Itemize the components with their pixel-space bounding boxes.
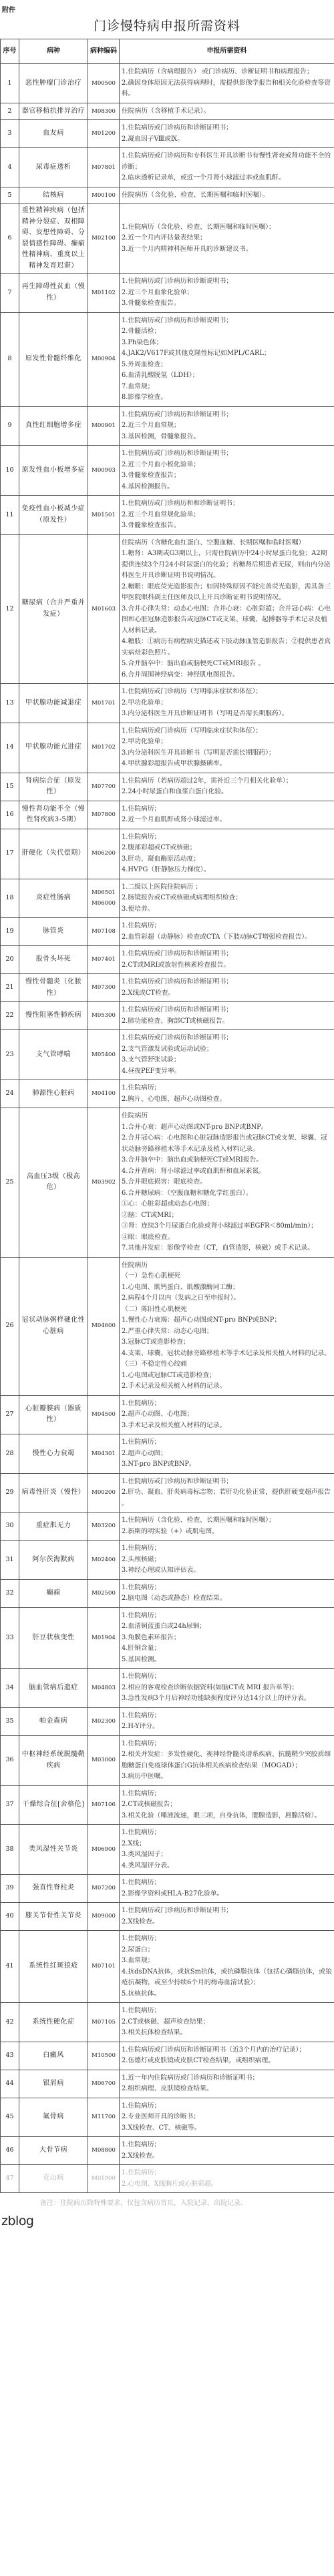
material-line: 2.新斯的明实验（+）或肌电图。 [122,1527,332,1538]
material-line: 3.近一个月内精神科医师开具的诊断建议书。 [122,244,332,256]
table-row: 34脑血管病后遗症M048031.住院病历；2.相应的客观检查诊断依据资料(如脑… [1,1669,334,1708]
material-line: 住院病历 [122,1111,332,1122]
cell-materials: 1.住院病历或门诊病历和诊断说明书；2.近三个月血象化验单；3.骨髓象检查报告。 [120,274,334,313]
material-line: 3.血常规； [122,1956,332,1967]
material-line: 3.基因检测，骨髓象报告。 [122,432,332,443]
material-line: 3.类风湿因子； [122,1849,332,1861]
material-line: 5.外周血检查； [122,360,332,371]
material-line: 3.相关化验（唾液流速，眼三项，自身抗体，腮腺造影，唇腺活检）。 [122,1811,332,1822]
cell-code: M01702 [88,723,120,773]
table-row: 13甲状腺功能减退症M017011.住院病历或门诊病历（写明临床症状和体征）；2… [1,684,334,723]
cell-materials: 1.住院病历（含病理报告） 或门诊病历、诊断证明书和病理报告；2.确因身体原因无… [120,64,334,103]
cell-disease: 支气管哮喘 [19,1030,88,1080]
cell-code: M00200 [88,1473,120,1513]
material-line: 2.骨髓活检； [122,326,332,338]
cell-disease: 干燥综合征[舍格伦] [19,1785,88,1825]
cell-code: M02500 [88,1579,120,1607]
cell-index: 30 [1,1513,19,1541]
cell-materials: 1.住院病历；2.超声心动图、心电图；3.手术记录及相关植入材料的记录。 [120,1395,334,1434]
cell-materials: 1.住院病历或门诊病历和诊断证明书；2.支气管激发试验或运动试验；3.支气管舒张… [120,1030,334,1080]
material-line: 住院病历（含糖化血红蛋白、空腹血糖、长期医嘱和临时医嘱） [122,538,332,549]
material-line: 3.骨髓象检查报告； [122,470,332,482]
cell-code: M01701 [88,684,120,723]
material-line: 4.糖肢：①病历有病程病史描述或下肢动脉血管造影报告；②提供患者真实病灶彩色照片… [122,636,332,659]
cell-index: 28 [1,1434,19,1474]
material-line: 3.急性发病3个月后神经功能缺损程度评分达14分以上的评分表。 [122,1693,332,1705]
cell-disease: 系统性硬化症 [19,2003,88,2042]
cell-materials: 1.住院病历；2.心电图、X线胸片或心脏彩超。 [120,2165,334,2193]
cell-index: 20 [1,946,19,974]
cell-disease: 脑血管病后遗症 [19,1669,88,1708]
cell-code: M11700 [88,2098,120,2137]
material-line: 4.HVPG（肝静脉压力梯度）。 [122,865,332,876]
cell-disease: 肾病综合征（原发性） [19,773,88,801]
table-row: 26冠状动脉粥样硬化性心脏病M04600住院病历（一）急性心肌梗死1.心电图、肌… [1,1257,334,1395]
cell-index: 15 [1,773,19,801]
material-line: 1.住院病历； [122,1739,332,1750]
material-line: 1.住院病历； [122,832,332,843]
material-line: 2.24小时尿蛋白和血浆白蛋白化验。 [122,787,332,798]
material-line: 2.超声心动图、心电图； [122,1409,332,1420]
cell-disease: 尿毒症透析 [19,148,88,187]
material-line: 2.相关并发症：多发性硬化、视神经脊髓炎谱系疾病、抗髓鞘少突胶质细胞糖蛋白免疫球… [122,1749,332,1771]
cell-disease: 肝豆状核变性 [19,1607,88,1669]
material-line: 2.近三个月血小板化验单； [122,460,332,471]
table-row: 3血友病M012001.住院病历或门诊病历和诊断证明书；2.凝血因子Ⅷ或Ⅸ。 [1,120,334,148]
material-line: 2.临床透析记录单，或近一个月肾小球滤过率或血肌酐。 [122,173,332,184]
material-line: 2.凝血因子Ⅷ或Ⅸ。 [122,134,332,145]
cell-code: M07300 [88,974,120,1002]
cell-index: 47 [1,2165,19,2193]
table-row: 4尿毒症透析M078011.住院病历或门诊病历和专科医生开具诊断书有慢性肾衰或肾… [1,148,334,187]
material-line: 1.住院病历； [122,1827,332,1839]
table-row: 21慢性骨髓炎（化脓性）M073001.住院病历或门诊病历和诊断证明书；2.X线… [1,974,334,1002]
table-row: 33肝豆状核变性M019041.住院病历；2.血清铜蓝蛋白或24h尿铜；3.角膜… [1,1607,334,1669]
cell-disease: 原发性血小板增多症 [19,446,88,496]
material-line: 2.肝功、凝血、肝炎病毒标志物；若肝功化验正常，提供肝硬变超声报告 。 [122,1487,332,1509]
material-line: 6.合并周围神经病变：神经肌电图报告。 [122,670,332,681]
material-line: 1.近一年内住院病历或门诊病历和诊断证明书； [122,2073,332,2084]
cell-materials: 1.住院病历或门诊病历和诊断说明书；2.骨髓活检；3.Ph染色体；4.JAK2/… [120,312,334,406]
material-line: 1.心电图、肌钙蛋白、肌酸激酶同工酶； [122,1282,332,1294]
material-line: 7.其他并发症：影像学检查（CT，血管造影，核磁）或手术记录。 [122,1243,332,1254]
material-line: 3.NT-pro BNP或BNP。 [122,1459,332,1470]
cell-materials: 1.住院病历（含化验、检查、长期医嘱和临时医嘱）；2.近一个月内评估量表结果；3… [120,204,334,274]
cell-code: M07200 [88,1875,120,1903]
table-row: 15肾病综合征（原发性）M077001.住院病历（若病历超过2年，需补近三个月相… [1,773,334,801]
cell-index: 17 [1,829,19,879]
cell-index: 23 [1,1030,19,1080]
cell-disease: 癫痫 [19,1579,88,1607]
material-line: 1.住院病历（含病理报告） 或门诊病历、诊断证明书和病理报告； [122,67,332,78]
cell-materials: 1.住院病历；2.头颅核磁；3.神经心理或认知评估表。 [120,1541,334,1580]
cell-index: 35 [1,1707,19,1735]
material-line: ③肾：连续3个月尿蛋白化验或肾小球滤过率EGFR＜80ml/min）； [122,1221,332,1232]
cell-materials: 1.住院病历或门诊病历和诊断证明书；2.X线检查。 [120,1903,334,1931]
cell-index: 39 [1,1875,19,1903]
material-line: 1.住院病历或门诊病历和诊断证明书； [122,448,332,460]
material-line: 2.超声心动图； [122,1448,332,1460]
cell-code: M00903 [88,446,120,496]
cell-materials: 1.住院病历；2.CT或核磁报告；3.相关化验（唾液流速，眼三项，自身抗体，腮腺… [120,1785,334,1825]
material-line: 3.相关抗体检查结果。 [122,2028,332,2039]
material-line: 6.血清乳酸脱氢（LDH）； [122,370,332,382]
material-line: 3.冠脉CT或造影检查； [122,1337,332,1348]
cell-code: M01603 [88,534,120,684]
material-line: 2.组织病理、皮肤镜检查结果。 [122,2084,332,2095]
material-line: 4.基因检测报告。 [122,482,332,493]
material-line: 1.住院病历（含化验、检查、长期医嘱和临时医嘱）； [122,1515,332,1527]
material-line: 1.住院病历； [122,1789,332,1800]
material-line: 1.住院病历； [122,1437,332,1448]
cell-materials: 1.住院病历或门诊病历和诊断证明书；2.肺功能检查、胸部CT或核磁报告。 [120,1002,334,1030]
cell-materials: 1.住院病历；2.CT或核磁、超声检查结果；3.相关抗体检查结果。 [120,2003,334,2042]
cell-index: 7 [1,274,19,313]
table-row: 11免疫性血小板减少症（原发性）M015011.住院病历或门诊病历和和诊断证明书… [1,496,334,535]
material-line: 1.住院病历或门诊病历和诊断证明书； [122,410,332,421]
table-row: 47克山病M019001.住院病历；2.心电图、X线胸片或心脏彩超。 [1,2165,334,2193]
cell-code: M01900 [88,2165,120,2193]
material-line: 1.住院病历； [122,1083,332,1094]
material-line: 4.类风湿评分表。 [122,1861,332,1872]
cell-index: 38 [1,1825,19,1875]
cell-code: M04803 [88,1669,120,1708]
table-row: 30重症肌无力M032001.住院病历（含化验、检查、长期医嘱和临时医嘱）；2.… [1,1513,334,1541]
cell-disease: 白癜风 [19,2042,88,2070]
cell-code: M07105 [88,2003,120,2042]
cell-disease: 慢性骨髓炎（化脓性） [19,974,88,1002]
cell-disease: 克山病 [19,2165,88,2193]
material-line: 2.合并冠心病：心电图和心脏冠脉造影报告或冠脉CT或支架、球囊、冠状动脉旁路移植… [122,1133,332,1155]
cell-materials: 1.住院病历或门诊病历和诊断证明书；2.X线或CT检查。 [120,974,334,1002]
material-line: 1.住院病历； [122,1711,332,1722]
table-row: 1恶性肿瘤门诊治疗M005001.住院病历（含病理报告） 或门诊病历、诊断证明书… [1,64,334,103]
cell-index: 36 [1,1735,19,1785]
material-line: 2.H-Y评分。 [122,1721,332,1733]
cell-index: 24 [1,1080,19,1108]
cell-disease: 帕金森病 [19,1707,88,1735]
material-line: 住院病历 [122,1260,332,1272]
material-line: 2.血管彩超（动静脉）检查或CTA（下肢动脉CT增强检查报告）。 [122,932,332,943]
material-line: 4.JAK2/V617F或其他克隆性标记如MPL/CARL； [122,348,332,360]
cell-disease: 氟骨病 [19,2098,88,2137]
table-row: 10原发性血小板增多症M009031.住院病历或门诊病历和诊断证明书；2.近三个… [1,446,334,496]
header-disease: 病种 [19,39,88,64]
cell-disease: 血友病 [19,120,88,148]
material-line: 3.支气管舒张试验； [122,1055,332,1066]
cell-materials: 1.住院病历；2.相应的客观检查诊断依据资料(如脑CT或 MRI 报告单等)；3… [120,1669,334,1708]
material-line: 3.内分泌科医生开具诊断书（写明是否需长期服药）； [122,748,332,759]
cell-materials: 1.住院病历；2.X线；3.类风湿因子；4.类风湿评分表。 [120,1825,334,1875]
material-line: 1.住院病历或门诊病历和诊断证明书； [122,1476,332,1488]
document-page: 附件 门诊慢特病申报所需资料 序号 病种 病种编码 申报所需资料 1恶性肿瘤门诊… [0,0,334,2234]
material-line: 2.手术记录及相关植入材料的记录。 [122,1381,332,1392]
cell-code: M02100 [88,204,120,274]
table-row: 2器官移植抗排异治疗M08300住院病历（含移植手术记录）。 [1,103,334,120]
material-line: 1.住院病历或门诊病历和诊断证明书； [122,949,332,960]
cell-disease: 重性精神疾病（包括精神分裂症、双相障碍、妄想性障碍、分裂情感性障碍、癫痫性精神病… [19,204,88,274]
material-line: 2.近三个月血象化验单； [122,288,332,299]
cell-materials: 1.住院病历或门诊病历和诊断证明书（近3个月内的治疗记录）；2.伍德灯或皮肤镜或… [120,2042,334,2070]
material-line: （二）陈旧性心肌梗死 [122,1304,332,1316]
cell-code: M08800 [88,2137,120,2165]
material-line: 2.腹部彩超或CT或核磁； [122,843,332,854]
material-line: 5.抗核抗体。 [122,1989,332,2000]
cell-materials: 1.住院病历；2.影像学资料或HLA-B27化验单。 [120,1875,334,1903]
table-row: 41系统性红斑狼疮M071011.住院病历；2.尿蛋白；3.血常规；4.抗dsD… [1,1931,334,2003]
table-row: 23支气管哮喘M054001.住院病历或门诊病历和诊断证明书；2.支气管激发试验… [1,1030,334,1080]
cell-code: M01501 [88,496,120,535]
cell-index: 31 [1,1541,19,1580]
cell-code: M06900 [88,1825,120,1875]
material-line: 3.合并脑卒中：脑出血或脑梗死CT或MRI报告。 [122,1155,332,1166]
cell-code: M04301 [88,1434,120,1474]
material-line: ①心：心脏彩超或动态心电图； [122,1199,332,1210]
material-line: （三）不稳定性心绞痛 [122,1359,332,1370]
cell-code: M07108 [88,918,120,946]
cell-materials: 1.住院病历；2.胸片、心电图、超声心动图检查。 [120,1080,334,1108]
cell-materials: 1.住院病历；2.X线检查。 [120,2137,334,2165]
cell-materials: 1.住院病历；2.近一个月血肌酐或肾小球滤过率。 [120,801,334,829]
table-row: 36中枢神经系统脱髓鞘疾病M030001.住院病历；2.相关并发症：多发性硬化、… [1,1735,334,1785]
cell-disease: 高血压3级（极高危） [19,1108,88,1258]
material-line: 3.病历中医嘱。 [122,1771,332,1783]
table-row: 42系统性硬化症M071051.住院病历；2.CT或核磁、超声检查结果；3.相关… [1,2003,334,2042]
material-line: 3.合并心律失常：动态心电图；合并心衰：心脏彩超；合并冠心病：心电图和心脏冠脉造… [122,604,332,637]
cell-index: 26 [1,1257,19,1395]
cell-materials: 住院病历（含移植手术记录）。 [120,103,334,120]
cell-disease: 中枢神经系统脱髓鞘疾病 [19,1735,88,1785]
cell-index: 8 [1,312,19,406]
material-line: 2.胸片、心电图、超声心动图检查。 [122,1094,332,1106]
cell-index: 3 [1,120,19,148]
material-line: 2.严重心律失常：动态心电图； [122,1326,332,1338]
cell-index: 18 [1,879,19,918]
material-line: 1.住院病历或门诊病历（写明临床症状和体征）； [122,726,332,737]
material-line: 2.心电图、X线胸片或心脏彩超。 [122,2179,332,2190]
material-line: 2.影像学资料或HLA-B27化验单。 [122,1889,332,1900]
cell-index: 14 [1,723,19,773]
material-line: 8.影像学检查。 [122,392,332,404]
material-line: 2.X线检查。 [122,1917,332,1928]
material-line: 4.合并肾病：肾小球滤过率或血肌酐和血尿素氮。 [122,1166,332,1178]
cell-disease: 结核病 [19,187,88,204]
table-row: 40膝关节骨性关节炎M090001.住院病历或门诊病历和诊断证明书；2.X线检查… [1,1903,334,1931]
cell-disease: 肝硬化（失代偿期） [19,829,88,879]
material-line: 1.住院病历； [122,1671,332,1683]
cell-code: M03902 [88,1108,120,1258]
cell-materials: 1.住院病历或门诊病历和和诊断证明书；2.近三个月血常规化验单；3.骨髓象检查报… [120,496,334,535]
material-line: 2.近一个月内评估量表结果； [122,233,332,244]
material-line: 2.肠镜报告或CT或核磁或病理组织检查； [122,893,332,904]
cell-materials: 住院病历（含化验、检查、长期医嘱和临时医嘱）。 [120,187,334,204]
material-line: 3.角膜色素环报告； [122,1633,332,1644]
material-line: 1.慢性心力衰竭：超声心动图或NT-pro BNP或BNP； [122,1315,332,1326]
material-line: 7.血常规； [122,382,332,393]
cell-index: 2 [1,103,19,120]
cell-code: M07106 [88,1785,120,1825]
material-line: 2.CT或核磁、超声检查结果； [122,2017,332,2028]
material-line: 5.基因检测。 [122,1655,332,1666]
table-row: 12糖尿病（合并严重并发症）M01603住院病历（含糖化血红蛋白、空腹血糖、长期… [1,534,334,684]
cell-code: M07101 [88,1931,120,2003]
cell-index: 9 [1,406,19,446]
material-line: 1.住院病历或门诊病历（写明临床症状和体征）； [122,687,332,698]
cell-code: M05400 [88,1030,120,1080]
table-row: 28慢性心力衰竭M043011.住院病历；2.超声心动图；3.NT-pro BN… [1,1434,334,1474]
table-row: 38类风湿性关节炎M069001.住院病历；2.X线；3.类风湿因子；4.类风湿… [1,1825,334,1875]
cell-index: 22 [1,1002,19,1030]
table-row: 31阿尔茨海默病M024001.住院病历；2.头颅核磁；3.神经心理或认知评估表… [1,1541,334,1580]
cell-disease: 膝关节骨性关节炎 [19,1903,88,1931]
cell-disease: 慢性心力衰竭 [19,1434,88,1474]
cell-disease: 类风湿性关节炎 [19,1825,88,1875]
material-line: 1.住院病历或门诊病历和诊断说明书； [122,276,332,288]
material-line: 2.专业医师开具的诊断书； [122,2112,332,2123]
cell-materials: 住院病历（一）急性心肌梗死1.心电图、肌钙蛋白、肌酸激酶同工酶；2.病程4个月以… [120,1257,334,1395]
cell-index: 4 [1,148,19,187]
cell-materials: 1.住院病历（若病历超过2年，需补近三个月相关化验单）；2.24小时尿蛋白和血浆… [120,773,334,801]
cell-materials: 1.住院病历或门诊病历（写明临床症状和体征）；2.甲功化验单；3.内分泌科医生开… [120,723,334,773]
cell-code: M09000 [88,1903,120,1931]
material-line: 3.骨髓象检查报告。 [122,298,332,310]
cell-disease: 原发性骨髓纤维化 [19,312,88,406]
material-line: 3.神经心理或认知评估表。 [122,1565,332,1577]
material-line: 2.近一个月血肌酐或肾小球滤过率。 [122,815,332,826]
material-line: ④眼：眼底检查。 [122,1232,332,1244]
material-line: 1.住院病历； [122,1877,332,1889]
material-line: 3.Ph染色体； [122,338,332,349]
material-line: 1.住院病历或门诊病历和专科医生开具诊断书有慢性肾衰或肾功能不全的诊断； [122,151,332,173]
cell-materials: 1.住院病历或门诊病历和专科医生开具诊断书有慢性肾衰或肾功能不全的诊断；2.临床… [120,148,334,187]
cell-code: M06200 [88,829,120,879]
material-line: 1.住院病历或门诊病历和诊断证明书； [122,1033,332,1044]
material-line: ②脑：CT或MRI； [122,1210,332,1222]
material-line: 2.近三个月血常规化验单； [122,510,332,521]
cell-materials: 1.住院病历；2.专业医师开具的诊断书；3.X线检查、CT、核磁等。 [120,2098,334,2137]
cell-disease: 心脏瓣膜病（器质性） [19,1395,88,1434]
cell-materials: 1.住院病历或门诊病历和诊断证明书；2.肝功、凝血、肝炎病毒标志物；若肝功化验正… [120,1473,334,1513]
material-line: 住院病历（含移植手术记录）。 [122,106,332,117]
cell-code: M02300 [88,1707,120,1735]
cell-code: M06501 M06000 [88,879,120,918]
material-line: 4.昼夜PEF变异率。 [122,1066,332,1078]
cell-materials: 1.近一年内住院病历或门诊病历和诊断证明书；2.组织病理、皮肤镜检查结果。 [120,2070,334,2098]
material-line: 1.合并心衰：超声心动图或NT-pro BNP或BNP。 [122,1122,332,1134]
material-line: 3.X线检查、CT、核磁等。 [122,2123,332,2134]
cell-index: 46 [1,2137,19,2165]
material-line: 2.支气管激发试验或运动试验； [122,1044,332,1055]
cell-code: M03200 [88,1513,120,1541]
material-line: 1.住院病历； [122,2006,332,2017]
cell-index: 6 [1,204,19,274]
cell-disease: 重症肌无力 [19,1513,88,1541]
cell-materials: 1.住院病历；2.H-Y评分。 [120,1707,334,1735]
cell-code: M04600 [88,1257,120,1395]
material-line: 2.头颅核磁； [122,1555,332,1566]
material-line: 1.住院病历； [122,2168,332,2179]
material-line: 2.相应的客观检查诊断依据资料(如脑CT或 MRI 报告单等)； [122,1683,332,1694]
cell-code: M01904 [88,1607,120,1669]
material-line: 1.住院病历或门诊病历和诊断证明书（近3个月内的治疗记录）； [122,2045,332,2056]
material-line: 2.CT或核磁报告； [122,1799,332,1811]
cell-code: M03000 [88,1735,120,1785]
cell-materials: 1.住院病历；2.血清铜蓝蛋白或24h尿铜；3.角膜色素环报告；4.肝铜含量；5… [120,1607,334,1669]
cell-index: 5 [1,187,19,204]
table-row: 27心脏瓣膜病（器质性）M045001.住院病历；2.超声心动图、心电图；3.手… [1,1395,334,1434]
material-line: 2.甲功化验单； [122,737,332,748]
cell-materials: 1.住院病历；2.相关并发症：多发性硬化、视神经脊髓炎谱系疾病、抗髓鞘少突胶质细… [120,1735,334,1785]
cell-index: 42 [1,2003,19,2042]
material-line: 2.血清铜蓝蛋白或24h尿铜； [122,1621,332,1633]
material-line: 5.合并眼底损害：眼底检查。 [122,1177,332,1188]
cell-disease: 慢性肾功能不全（慢性肾疾病3-5期） [19,801,88,829]
cell-code: M00901 [88,406,120,446]
cell-disease: 免疫性血小板减少症（原发性） [19,496,88,535]
material-line: 2.CT或MRI或放射性核素检查报告。 [122,960,332,971]
table-header-row: 序号 病种 病种编码 申报所需资料 [1,39,334,64]
cell-disease: 股骨头坏死 [19,946,88,974]
cell-index: 32 [1,1579,19,1607]
cell-disease: 银屑病 [19,2070,88,2098]
cell-code: M04500 [88,1395,120,1434]
material-line: 1.住院病历； [122,1611,332,1622]
document-title: 门诊慢特病申报所需资料 [0,13,334,39]
cell-index: 10 [1,446,19,496]
table-row: 39强直性脊柱炎M072001.住院病历；2.影像学资料或HLA-B27化验单。 [1,1875,334,1903]
cell-disease: 恶性肿瘤门诊治疗 [19,64,88,103]
cell-materials: 1.住院病历或门诊病历和诊断证明书；2.近三个月血常规；3.基因检测，骨髓象报告… [120,406,334,446]
material-line: 1.住院病历或门诊病历和诊断证明书； [122,1005,332,1016]
material-line: 3.便培养。 [122,904,332,915]
material-line: 3.骨髓象检查报告。 [122,520,332,532]
material-line: 2.尿蛋白； [122,1945,332,1956]
table-row: 9真性红细胞增多症M009011.住院病历或门诊病历和诊断证明书；2.近三个月血… [1,406,334,446]
material-line: 1.住院病历或门诊病历和诊断证明书； [122,123,332,134]
material-line: 2.确因身体原因无法获得病理时，需提供影像学报告和相关化验检查等资料。 [122,78,332,100]
table-row: 16慢性肾功能不全（慢性肾疾病3-5期）M078001.住院病历；2.近一个月血… [1,801,334,829]
cell-disease: 炎症性肠病 [19,879,88,918]
material-line: 2.X线检查。 [122,2151,332,2162]
cell-code: M07801 [88,148,120,187]
cell-code: M04100 [88,1080,120,1108]
cell-code: M00904 [88,312,120,406]
table-row: 25高血压3级（极高危）M03902住院病历1.合并心衰：超声心动图或NT-pr… [1,1108,334,1258]
cell-index: 21 [1,974,19,1002]
table-row: 46大骨节病M088001.住院病历；2.X线检查。 [1,2137,334,2165]
table-row: 17肝硬化（失代偿期）M062001.住院病历；2.腹部彩超或CT或核磁；3.肝… [1,829,334,879]
table-row: 22慢性阻塞性肺疾病M053001.住院病历或门诊病历和诊断证明书；2.肺功能检… [1,1002,334,1030]
material-line: 2.糖眼：眼底荧光造影报告；如因特殊原因不能完善荧光造影，需具备三甲医院眼科副主… [122,582,332,604]
cell-disease: 再生障碍性贫血（慢性） [19,274,88,313]
material-line: 1.住院病历或门诊病历和诊断证明书； [122,1905,332,1917]
cell-index: 27 [1,1395,19,1434]
cell-materials: 住院病历（含糖化血红蛋白、空腹血糖、长期医嘱和临时医嘱）1.糖肾：A3期或G3期… [120,534,334,684]
cell-disease: 冠状动脉粥样硬化性心脏病 [19,1257,88,1395]
cell-disease: 糖尿病（合并严重并发症） [19,534,88,684]
cell-index: 41 [1,1931,19,2003]
cell-code: M10500 [88,2042,120,2070]
cell-index: 40 [1,1903,19,1931]
cell-materials: 1.住院病历或门诊病历和诊断证明书；2.凝血因子Ⅷ或Ⅸ。 [120,120,334,148]
cell-index: 11 [1,496,19,535]
material-line: 1.住院病历或门诊病历和诊断证明书； [122,977,332,988]
header-index: 序号 [1,39,19,64]
material-line: 1.住院病历； [122,2101,332,2112]
cell-index: 1 [1,64,19,103]
material-line: 3.肝功、凝血酶原活动度； [122,854,332,865]
cell-index: 33 [1,1607,19,1669]
